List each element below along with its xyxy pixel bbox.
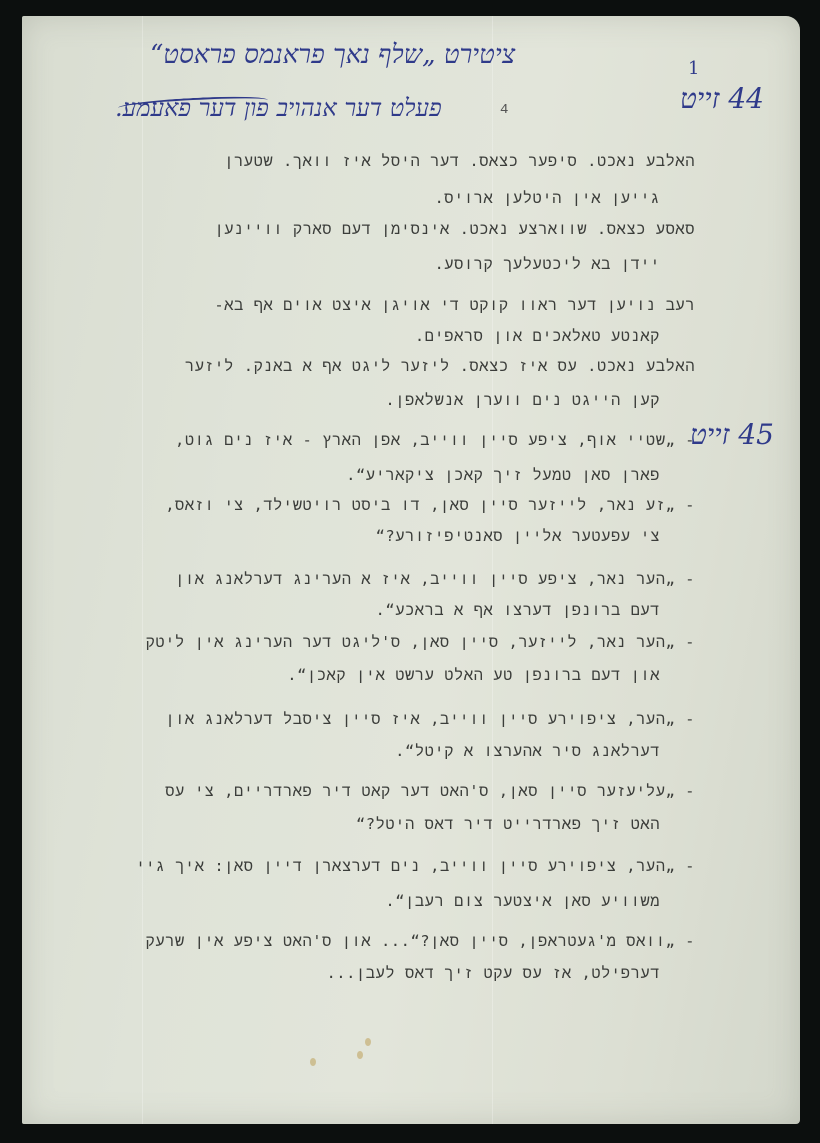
paper-crease xyxy=(142,16,143,1124)
typed-line: פארן סאן טמעל זיך קאכן ציקאריע“. xyxy=(346,466,660,485)
handwritten-title-line2: פעלט דער אנהויב פון דער פאעמע. xyxy=(115,94,442,123)
typed-line: - „וואס מ'געטראפן, סיין סאן?“... און ס'ה… xyxy=(146,932,695,951)
margin-note-page-45: 45 זייט xyxy=(690,418,774,452)
paper-stain xyxy=(310,1058,316,1066)
typed-line: דעם ברונפן דערצו אף א בראכע“. xyxy=(376,601,660,620)
typed-line: גייען אין היטלען ארויס. xyxy=(434,189,660,208)
typed-line: קאנטע טאלאכים און סראפים. xyxy=(415,327,660,346)
typed-line: - „הער נאר, לייזער, סיין סאן, ס'ליגט דער… xyxy=(146,633,695,652)
margin-note-page-44: 44 זייט xyxy=(680,82,764,116)
paper-stain xyxy=(365,1038,371,1046)
typed-line: האט זיך פארדרייט דיר דאס היטל?“ xyxy=(356,815,660,834)
page-number: 4 xyxy=(500,102,508,118)
typed-line: רעב נויען דער ראוו קוקט די אויגן איצט או… xyxy=(214,296,695,315)
typed-line: דערלאנג סיר אהערצו א קיטל“. xyxy=(395,742,660,761)
typed-line: - „עליעזער סיין סאן, ס'האט דער קאט דיר פ… xyxy=(165,782,695,801)
paper-stain xyxy=(357,1051,363,1059)
typed-line: האלבע נאכט. סיפער כצאס. דער היסל איז ווא… xyxy=(224,152,695,171)
typed-line: סאסע כצאס. שווארצע נאכט. אינסימן דעם סאר… xyxy=(214,220,695,239)
typed-line: - „הער, ציפוירע סיין ווייב, איז סיין ציס… xyxy=(165,710,695,729)
typed-line: משוויע סאן איצטער צום רעבן“. xyxy=(385,892,660,911)
typed-line: און דעם ברונפן טע האלט ערשט אין קאכן“. xyxy=(287,666,660,685)
typed-line: - „הער נאר, ציפע סיין ווייב, איז א הערינ… xyxy=(175,570,695,589)
typed-line: קען הייגט נים ווערן אנשלאפן. xyxy=(385,391,660,410)
typed-line: דערפילט, אז עס עקט זיך דאס לעבן... xyxy=(326,964,660,983)
typed-line: צי עפעטער אליין סאנטיפיזורע?“ xyxy=(376,527,660,546)
typed-line: האלבע נאכט. עס איז כצאס. ליזער ליגט אף א… xyxy=(185,357,695,376)
typed-line: - „זע נאר, לייזער סיין סאן, דו ביסט רויט… xyxy=(165,496,695,515)
typed-line: - „הער, ציפוירע סיין ווייב, נים דערצארן … xyxy=(136,857,695,876)
typed-line: - „שטיי אוף, ציפע סיין ווייב, אפן הארץ -… xyxy=(175,431,695,450)
typed-line: יידן בא ליכטעלעך קרוסע. xyxy=(434,255,660,274)
handwritten-title-line1: ציטירט „שלף נאך פראנמס פראסט“ xyxy=(150,40,515,70)
margin-note-mark: 1 xyxy=(688,58,699,79)
